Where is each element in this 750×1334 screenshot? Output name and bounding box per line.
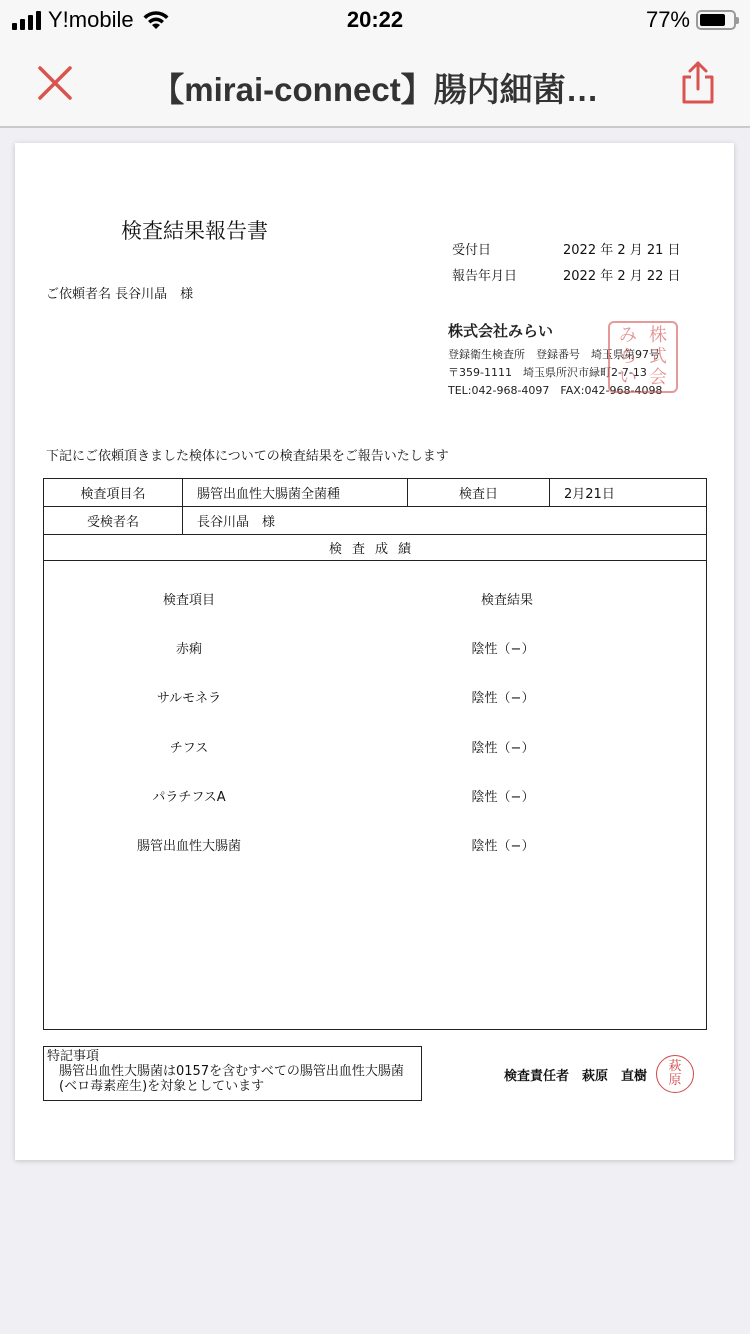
intro-text: 下記にご依頼頂きました検体についての検査結果をご報告いたします (46, 445, 449, 464)
seal-char: 会 (643, 369, 673, 387)
company-seal-stamp: み 株 ら 式 い 会 (608, 321, 678, 393)
result-value: 陰性（−） (472, 687, 535, 706)
document-page: 検査結果報告書 受付日 2022 年 2 月 21 日 報告年月日 2022 年… (15, 143, 734, 1160)
examinee-label: 受検者名 (44, 507, 183, 534)
report-title: 検査結果報告書 (121, 215, 268, 245)
inspector-name: 検査責任者 萩原 直樹 (504, 1065, 647, 1084)
inspector-seal-stamp: 萩 原 (656, 1055, 694, 1093)
test-name-value: 腸管出血性大腸菌全菌種 (183, 479, 408, 506)
results-body: 検査項目 検査結果 赤痢 陰性（−） サルモネラ 陰性（−） チフス 陰性（−）… (44, 561, 706, 1029)
battery-icon (696, 10, 736, 30)
notes-text: 腸管出血性大腸菌は0157を含むすべての腸管出血性大腸菌(ベロ毒素産生)を対象と… (47, 1064, 418, 1094)
result-item: パラチフスA (152, 786, 225, 805)
nav-bar: 【mirai-connect】腸内細菌… (0, 42, 750, 128)
result-value: 陰性（−） (472, 638, 535, 657)
test-info-table: 検査項目名 腸管出血性大腸菌全菌種 検査日 2月21日 受検者名 長谷川晶 様 … (43, 478, 707, 1030)
seal-char: 式 (643, 348, 673, 366)
result-item: 腸管出血性大腸菌 (137, 835, 241, 854)
received-date-value: 2022 年 2 月 21 日 (563, 239, 681, 258)
result-item: チフス (170, 737, 208, 756)
seal-char: み (613, 327, 643, 345)
seal-char: い (613, 369, 643, 387)
result-item: 赤痢 (176, 638, 202, 657)
received-date-label: 受付日 (452, 239, 491, 258)
results-column-result: 検査結果 (481, 589, 533, 608)
results-header: 検査成績 (44, 535, 706, 561)
close-button[interactable] (36, 64, 76, 104)
results-column-item: 検査項目 (163, 589, 215, 608)
examinee-row: 受検者名 長谷川晶 様 (44, 507, 706, 535)
test-date-value: 2月21日 (550, 479, 706, 506)
test-name-label: 検査項目名 (44, 479, 183, 506)
status-right: 77% (646, 7, 736, 33)
report-date-value: 2022 年 2 月 22 日 (563, 265, 681, 284)
examinee-value: 長谷川晶 様 (183, 507, 706, 534)
share-icon (680, 60, 716, 106)
result-item: サルモネラ (157, 687, 221, 706)
special-notes-box: 特記事項 腸管出血性大腸菌は0157を含むすべての腸管出血性大腸菌(ベロ毒素産生… (43, 1046, 422, 1101)
company-name: 株式会社みらい (448, 320, 553, 341)
report-date-label: 報告年月日 (452, 265, 517, 284)
notes-heading: 特記事項 (47, 1049, 418, 1064)
seal-char: ら (613, 348, 643, 366)
document-title: 【mirai-connect】腸内細菌… (120, 64, 630, 111)
clock: 20:22 (0, 7, 750, 33)
battery-percent: 77% (646, 7, 690, 33)
seal-char: 萩 (668, 1060, 681, 1074)
test-date-label: 検査日 (408, 479, 550, 506)
result-value: 陰性（−） (472, 737, 535, 756)
seal-char: 原 (668, 1074, 681, 1088)
requester-name: ご依頼者名 長谷川晶 様 (46, 283, 193, 302)
close-x-icon (36, 64, 76, 104)
seal-char: 株 (643, 327, 673, 345)
status-bar: Y!mobile 20:22 77% (0, 0, 750, 42)
share-button[interactable] (680, 60, 716, 106)
result-value: 陰性（−） (472, 835, 535, 854)
result-value: 陰性（−） (472, 786, 535, 805)
test-name-row: 検査項目名 腸管出血性大腸菌全菌種 検査日 2月21日 (44, 479, 706, 507)
